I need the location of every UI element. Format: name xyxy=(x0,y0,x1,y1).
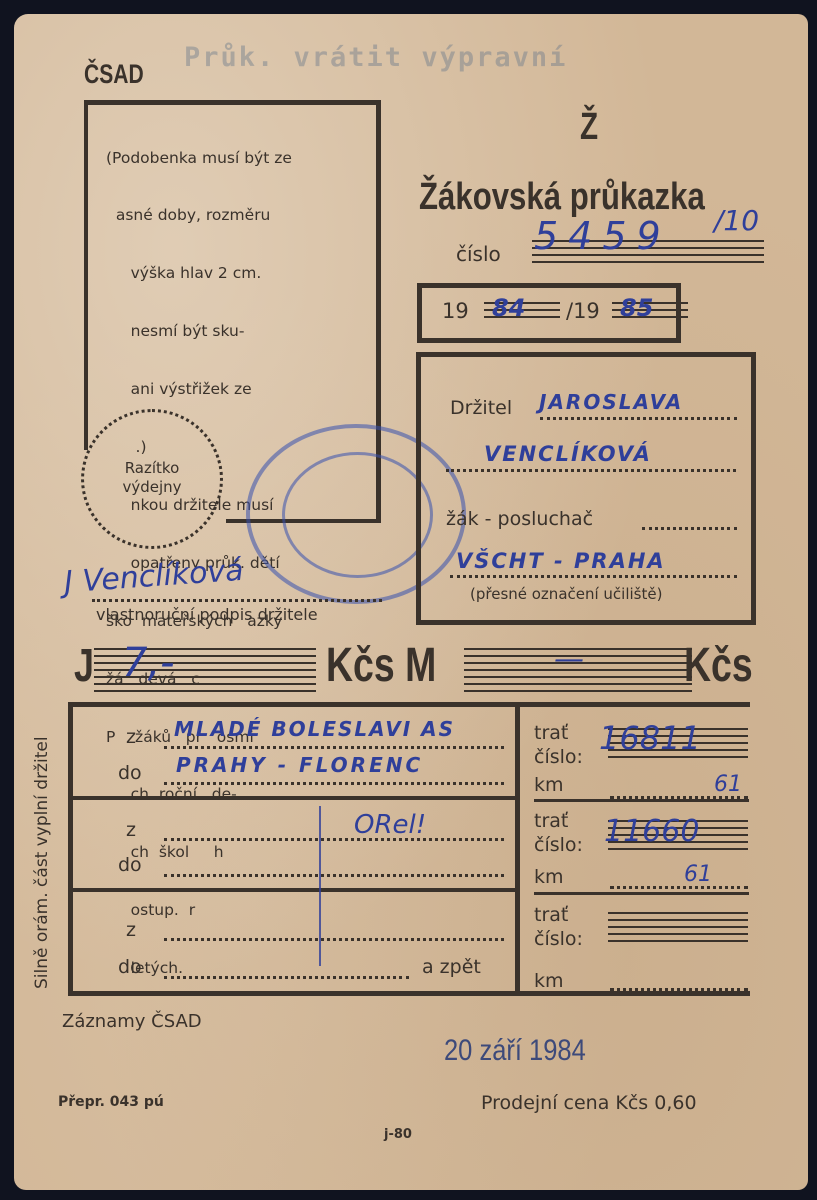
route-1-from-line xyxy=(164,746,504,749)
card-number-suffix: /10 xyxy=(714,204,759,237)
instruction-line: ani výstřižek ze xyxy=(106,380,371,399)
route-2-to-line xyxy=(164,874,504,877)
holder-last-name: VENCLÍKOVÁ xyxy=(484,442,652,466)
holder-name-line-1 xyxy=(540,417,737,420)
records-label: Záznamy ČSAD xyxy=(62,1011,202,1032)
fare-m-value: — xyxy=(554,642,584,677)
route-2-to-label: do xyxy=(118,854,142,876)
date-stamp: 20 září 1984 xyxy=(444,1034,586,1068)
student-label: žák - posluchač xyxy=(446,508,593,530)
category-letter: Ž xyxy=(580,106,598,149)
document-title: Žákovská průkazka xyxy=(419,176,705,219)
form-code: j-80 xyxy=(384,1127,412,1142)
track-2-value: 11660 xyxy=(604,814,699,849)
school-name: VŠCHT - PRAHA xyxy=(456,549,666,573)
year-to-value: 85 xyxy=(620,294,653,322)
instruction-line: asné doby, rozměru xyxy=(106,206,371,225)
route-2-from-line xyxy=(164,838,504,841)
student-line xyxy=(642,527,737,530)
side-note: Silně orám. část vyplní držitel xyxy=(32,736,52,989)
pen-stroke xyxy=(319,806,321,966)
route-1-to-line xyxy=(164,782,504,785)
route-2-annotation: ORel! xyxy=(354,810,426,840)
holder-first-name: JAROSLAVA xyxy=(539,390,683,414)
issuer-logo: ČSAD xyxy=(84,59,144,90)
route-3-from-line xyxy=(164,938,504,941)
school-line xyxy=(450,575,737,578)
photo-frame-left xyxy=(84,100,88,450)
route-3-to-line xyxy=(164,976,409,979)
track-1-value: 16811 xyxy=(599,719,701,757)
year-to-prefix: /19 xyxy=(566,299,600,323)
route-table-top-right xyxy=(518,702,750,707)
holder-name-line-2 xyxy=(446,469,736,472)
office-stamp-inner-ring xyxy=(282,452,433,578)
route-1-to: PRAHY - FLORENC xyxy=(176,753,423,777)
photo-frame-top xyxy=(84,100,381,105)
track-1-number-label: číslo: xyxy=(534,746,583,768)
route-3-to-label: do xyxy=(118,956,142,978)
track-2-number-label: číslo: xyxy=(534,834,583,856)
route-divider-1 xyxy=(72,796,518,800)
signature-label: vlastnoruční podpis držitele xyxy=(96,605,318,624)
track-3-lines xyxy=(608,912,748,947)
fare-j-label: J xyxy=(74,638,94,692)
route-3-from-label: z xyxy=(126,919,136,941)
fare-j-value: 7,- xyxy=(122,640,175,686)
holder-label: Držitel xyxy=(450,397,512,419)
track-3-km-line xyxy=(610,988,748,991)
track-3-number-label: číslo: xyxy=(534,928,583,950)
price-label: Prodejní cena Kčs 0,60 xyxy=(481,1092,697,1114)
issuing-stamp-label: Razítko výdejny xyxy=(81,459,223,497)
track-2-km-line xyxy=(610,886,748,889)
track-1-km-value: 61 xyxy=(714,772,742,797)
route-3-return: a zpět xyxy=(422,956,481,978)
track-3-km-label: km xyxy=(534,970,564,992)
route-1-from: MLADÉ BOLESLAVI AS xyxy=(174,717,455,741)
route-1-to-label: do xyxy=(118,762,142,784)
year-from-prefix: 19 xyxy=(442,299,469,323)
year-from-value: 84 xyxy=(492,294,525,322)
card-number: 5459 xyxy=(534,214,671,258)
fare-kcs-label: Kčs xyxy=(684,638,753,693)
track-2-km-label: km xyxy=(534,866,564,888)
number-label: číslo xyxy=(456,242,501,266)
instruction-line: výška hlav 2 cm. xyxy=(106,264,371,283)
track-2-label: trať xyxy=(534,810,568,832)
fare-kcs-m-label: Kčs M xyxy=(326,638,436,693)
print-code: Přepr. 043 pú xyxy=(58,1094,164,1110)
student-pass-card: Průk. vrátit výpravní ČSAD (Podobenka mu… xyxy=(14,14,808,1190)
track-divider-1 xyxy=(534,799,749,802)
school-hint: (přesné označení učiliště) xyxy=(470,585,662,603)
instruction-line: (Podobenka musí být ze xyxy=(106,149,371,168)
track-1-km-label: km xyxy=(534,774,564,796)
faded-return-stamp: Průk. vrátit výpravní xyxy=(184,42,567,73)
track-3-label: trať xyxy=(534,904,568,926)
route-2-from-label: z xyxy=(126,819,136,841)
route-divider-2 xyxy=(72,888,518,892)
track-1-label: trať xyxy=(534,722,568,744)
track-divider-2 xyxy=(534,892,749,895)
track-2-km-value: 61 xyxy=(684,862,712,887)
route-1-from-label: z xyxy=(126,726,136,748)
instruction-line: nesmí být sku- xyxy=(106,322,371,341)
signature-line xyxy=(92,599,382,602)
